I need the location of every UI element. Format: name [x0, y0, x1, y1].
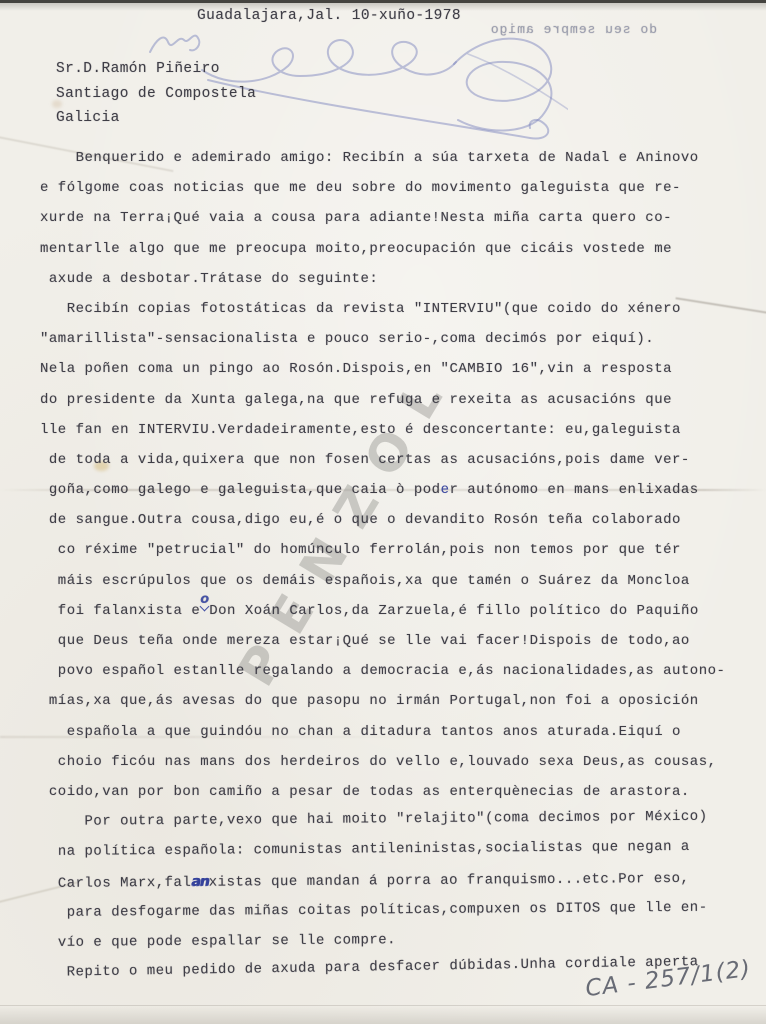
scan-bottom-edge: [0, 1006, 766, 1024]
body-line: na política española: comunistas antilen…: [40, 832, 752, 868]
line-text: Carlos Marx,fal: [40, 874, 191, 891]
body-line-with-insertion: foi falanxista eoDon Xoán Carlos,da Zarz…: [40, 596, 752, 626]
body-line: que Deus teña onde mereza estar¡Qué se l…: [40, 626, 752, 656]
body-line: Benquerido e ademirado amigo: Recibín a …: [40, 143, 752, 173]
blue-ink-scribble-correction: an: [191, 873, 209, 889]
recipient-address-block: Sr.D.Ramón Piñeiro Santiago de Compostel…: [56, 57, 256, 131]
body-line: choio ficóu nas mans dos herdeiros do ve…: [40, 747, 752, 777]
body-line: Nela poñen coma un pingo ao Rosón.Dispoi…: [40, 354, 752, 384]
body-line: "amarillista"-sensacionalista e pouco se…: [40, 324, 752, 354]
body-line: mentarlle algo que me preocupa moito,pre…: [40, 234, 752, 264]
line-text: xistas que mandan á porra ao franquismo.…: [209, 870, 690, 890]
recipient-region: Galicia: [56, 106, 256, 131]
body-line: mías,xa que,ás avesas do que pasopu no i…: [40, 686, 752, 716]
line-text: goña,como galego e galeguista,que caia ò…: [40, 482, 441, 498]
body-line: Recibín copias fotostáticas da revista "…: [40, 294, 752, 324]
body-line: e fólgome coas noticias que me deu sobre…: [40, 173, 752, 203]
body-line: de toda a vida,quixera que non fosen cer…: [40, 445, 752, 475]
body-line: de sangue.Outra cousa,digo eu,é o que o …: [40, 505, 752, 535]
body-line: máis escrúpulos que os demáis españois,x…: [40, 566, 752, 596]
line-text: Don Xoán Carlos,da Zarzuela,é fillo polí…: [209, 603, 699, 619]
dateline: Guadalajara,Jal. 10-xuño-1978: [197, 8, 461, 24]
line-text: foi falanxista e: [40, 603, 200, 619]
body-line: povo español estanlle regalando a democr…: [40, 656, 752, 686]
scanned-letter-page: PENZOL do seu sempre amigo Guadalajara,J…: [0, 0, 766, 1024]
body-line: co réxime "petrucial" do homúnculo ferro…: [40, 535, 752, 565]
letter-body: Benquerido e ademirado amigo: Recibín a …: [40, 143, 752, 988]
body-line: do presidente da Xunta galega,na que ref…: [40, 385, 752, 415]
line-text: r autónomo en mans enlixadas: [449, 482, 698, 498]
body-line: axude a desbotar.Trátase do seguinte:: [40, 264, 752, 294]
body-line: lle fan en INTERVIU.Verdadeiramente,esto…: [40, 415, 752, 445]
body-line: española a que guindóu no chan a ditadur…: [40, 717, 752, 747]
body-line: xurde na Terra¡Qué vaia a cousa para adi…: [40, 203, 752, 233]
body-line-with-overwrite: goña,como galego e galeguista,que caia ò…: [40, 475, 752, 505]
mirrored-bleedthrough-note: do seu sempre amigo: [492, 22, 657, 37]
recipient-city: Santiago de Compostela: [56, 82, 256, 107]
handwritten-insertion: o: [200, 600, 209, 614]
recipient-name: Sr.D.Ramón Piñeiro: [56, 57, 256, 82]
